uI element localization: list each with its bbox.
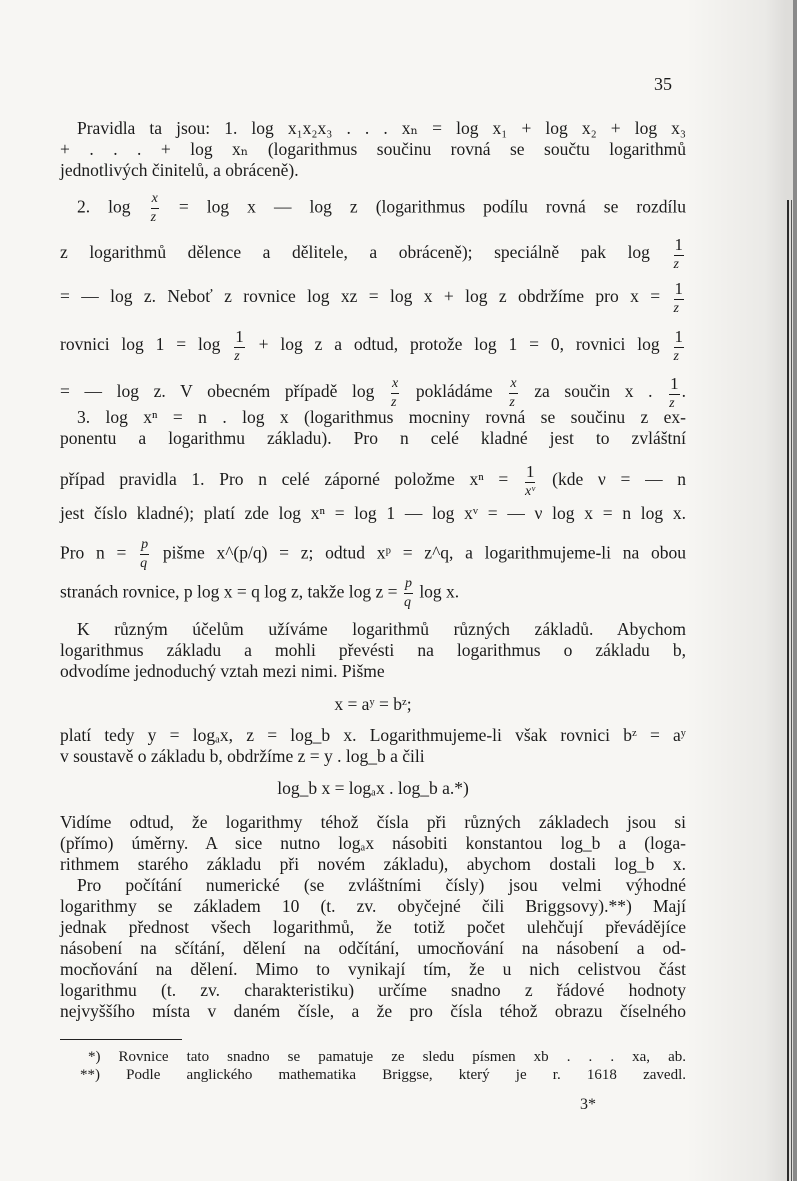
page-edge-line-inner [791, 200, 792, 1181]
footnote-2: **) Podle anglického mathematika Briggse… [60, 1067, 686, 1084]
rule1-line2: + . . . + log xₙ (logarithmus součinu ro… [60, 139, 686, 159]
rule2-text: = — log z. Neboť z rovnice log xz = log … [60, 286, 660, 306]
equation-x-ay-bz: x = aʸ = bᶻ; [60, 694, 686, 714]
rule3-line5: Pro n = pq pišme x^(p/q) = z; odtud xᵖ =… [60, 538, 686, 571]
briggs-line4: násobení na sčítání, dělení na odčítání,… [60, 938, 686, 958]
fraction: 1z [669, 375, 680, 411]
rule3-line6: stranách rovnice, p log x = q log z, tak… [60, 577, 686, 610]
rule2-line3: = — log z. Neboť z rovnice log xz = log … [60, 280, 686, 316]
fraction: xz [151, 192, 159, 225]
briggs-line5: mocňování na dělení. Mimo to vynikají tí… [60, 959, 686, 979]
rule3-text: log x. [419, 582, 459, 602]
briggs-line1: Pro počítání numerické (se zvláštními čí… [60, 875, 686, 895]
rule2-line2: z logarithmů dělence a dělitele, a obrác… [60, 236, 686, 272]
rule3-line3: případ pravidla 1. Pro n celé záporné po… [60, 463, 686, 499]
page-edge [793, 0, 797, 1181]
rule3-text: Pro n = [60, 543, 126, 563]
rule1-line1: Pravidla ta jsou: 1. log x₁x₂x₃ . . . xₙ… [60, 118, 686, 138]
rule2-text: + log z a odtud, protože log 1 = 0, rovn… [259, 334, 660, 354]
footnote-divider [60, 1039, 182, 1040]
bases-line1: K různým účelům užíváme logarithmů různý… [60, 619, 686, 639]
fraction: 1z [674, 280, 685, 316]
rule3-text: stranách rovnice, p log x = q log z, tak… [60, 582, 398, 602]
signature-mark: 3* [580, 1096, 596, 1114]
rule3-text: (kde ν = — n [552, 469, 686, 489]
proportional-line3: rithmem starého základu při novém základ… [60, 854, 686, 874]
bases-line5: v soustavě o základu b, obdržíme z = y .… [60, 746, 686, 766]
rule2-line4: rovnici log 1 = log 1z + log z a odtud, … [60, 328, 686, 364]
rule3-line2: ponentu a logarithmu základu). Pro n cel… [60, 428, 686, 448]
fraction: xz [509, 377, 517, 410]
page-number: 35 [654, 74, 672, 95]
fraction: 1z [234, 328, 245, 364]
rule3-text: pišme x^(p/q) = z; odtud xᵖ = z^q, a log… [163, 543, 686, 563]
rule2-text: za součin x . [534, 381, 652, 401]
briggs-line3: jednak přednost všech logarithmů, že tot… [60, 917, 686, 937]
rule2-text: 2. log [77, 197, 131, 217]
footnote-1: *) Rovnice tato snadno se pamatuje ze sl… [60, 1049, 686, 1066]
rule2-line5: = — log z. V obecném případě log xz pokl… [60, 375, 686, 411]
fraction: 1xᵛ [525, 463, 536, 499]
fraction: pq [140, 538, 149, 571]
equation-change-of-base: log_b x = logₐx . log_b a.*) [60, 778, 686, 798]
rule3-line4: jest číslo kladné); platí zde log xⁿ = l… [60, 503, 686, 523]
briggs-line7: nejvyššího místa v daném čísle, a že pro… [60, 1001, 686, 1021]
period: . [682, 381, 686, 401]
bases-line2: logarithmus základu a mohli převésti na … [60, 640, 686, 660]
fraction: 1z [674, 328, 685, 364]
fraction: 1z [674, 236, 685, 272]
page-edge-line [787, 200, 789, 1181]
rule2-text: = — log z. V obecném případě log [60, 381, 374, 401]
briggs-line6: logarithmu (t. zv. charakteristiku) určí… [60, 980, 686, 1000]
fraction: pq [404, 577, 413, 610]
rule2-text: rovnici log 1 = log [60, 334, 220, 354]
rule2-text: z logarithmů dělence a dělitele, a obrác… [60, 242, 650, 262]
fraction: xz [391, 377, 399, 410]
rule2-text: = log x — log z (logarithmus podílu rovn… [179, 197, 686, 217]
bases-line4: platí tedy y = logₐx, z = log_b x. Logar… [60, 725, 686, 745]
rule2-text: pokládáme [416, 381, 493, 401]
rule1-line3: jednotlivých činitelů, a obráceně). [60, 160, 686, 180]
bases-line3: odvodíme jednoduchý vztah mezi nimi. Piš… [60, 661, 686, 681]
rule2-line1: 2. log xz = log x — log z (logarithmus p… [60, 192, 686, 225]
proportional-line1: Vidíme odtud, že logarithmy téhož čísla … [60, 812, 686, 832]
rule3-text: případ pravidla 1. Pro n celé záporné po… [60, 469, 508, 489]
rule3-line1: 3. log xⁿ = n . log x (logarithmus mocni… [60, 407, 686, 427]
proportional-line2: (přímo) úměrny. A sice nutno logₐx násob… [60, 833, 686, 853]
briggs-line2: logarithmy se základem 10 (t. zv. obyčej… [60, 896, 686, 916]
